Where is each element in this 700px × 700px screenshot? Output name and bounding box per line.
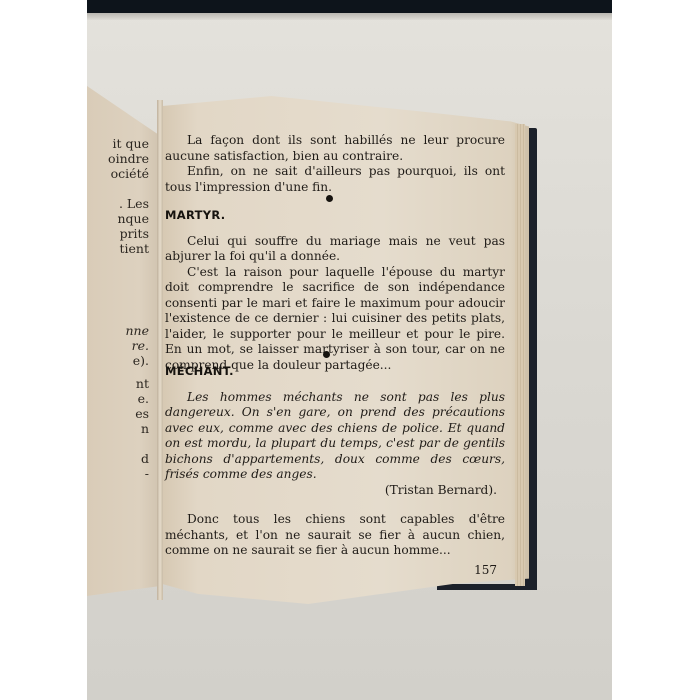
text-fragment: tient — [87, 241, 149, 256]
quote-attribution: (Tristan Bernard). — [165, 483, 505, 499]
page-number: 157 — [165, 563, 505, 579]
text-fragment: re. — [87, 338, 149, 353]
text-fragment: d — [87, 451, 149, 466]
shelf-edge — [87, 13, 612, 20]
left-page-fragment: nne re. e). — [87, 323, 149, 368]
text-fragment: it que — [87, 136, 149, 151]
section-divider-dot — [326, 195, 333, 202]
quotation: Les hommes méchants ne sont pas les plus… — [165, 390, 505, 483]
paragraph: Enfin, on ne sait d'ailleurs pas pourquo… — [165, 164, 505, 195]
book-photo: it que oindre ociété . Les nque prits ti… — [87, 0, 612, 700]
martyr-section: MARTYR. Celui qui souffre du mariage mai… — [165, 208, 505, 373]
text-fragment: nt — [87, 376, 149, 391]
left-page-fragment: nt e. es n — [87, 376, 149, 436]
paragraph: La façon dont ils sont habillés ne leur … — [165, 133, 505, 164]
section-divider-dot — [323, 351, 330, 358]
text-fragment: es — [87, 406, 149, 421]
dark-background-band — [87, 0, 612, 13]
text-fragment: nne — [87, 323, 149, 338]
text-fragment: . Les — [87, 196, 149, 211]
text-fragment: n — [87, 421, 149, 436]
text-fragment: e). — [87, 353, 149, 368]
book-gutter — [157, 100, 163, 600]
intro-section: La façon dont ils sont habillés ne leur … — [165, 133, 505, 195]
left-page-fragment: d - — [87, 451, 149, 481]
paragraph: Donc tous les chiens sont capables d'êtr… — [165, 512, 505, 559]
left-page-fragment: it que oindre ociété — [87, 136, 149, 181]
text-fragment: - — [87, 466, 149, 481]
section-heading: MÉCHANT. — [165, 364, 505, 380]
mechant-section: MÉCHANT. Les hommes méchants ne sont pas… — [165, 364, 505, 578]
text-fragment: e. — [87, 391, 149, 406]
text-fragment: oindre — [87, 151, 149, 166]
paragraph: Celui qui souffre du mariage mais ne veu… — [165, 234, 505, 265]
text-fragment: ociété — [87, 166, 149, 181]
text-fragment: prits — [87, 226, 149, 241]
text-fragment: nque — [87, 211, 149, 226]
left-page-fragment: . Les nque prits tient — [87, 196, 149, 256]
section-heading: MARTYR. — [165, 208, 505, 224]
paragraph: C'est la raison pour laquelle l'épouse d… — [165, 265, 505, 374]
page-block-edges — [515, 124, 525, 586]
